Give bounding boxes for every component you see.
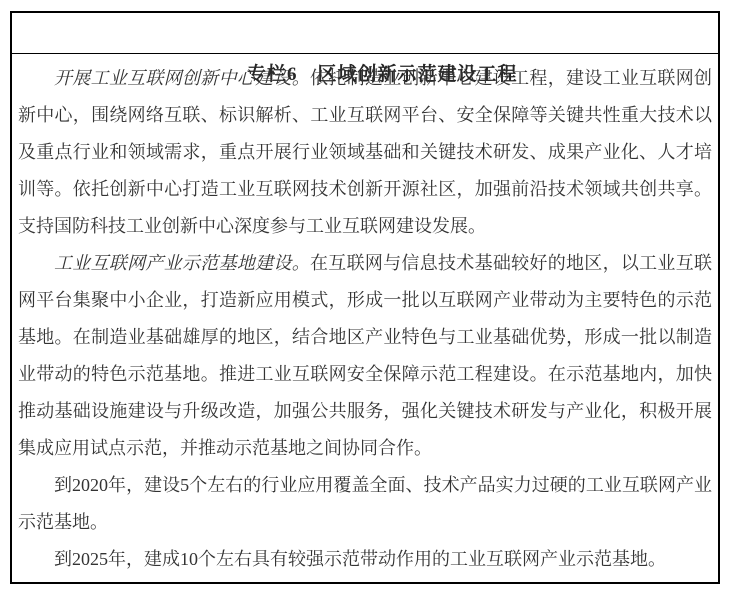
- document-page: 专栏6 区域创新示范建设工程 开展工业互联网创新中心建设。依托制造业创新中心建设…: [0, 0, 730, 598]
- paragraph-innovation-center: 开展工业互联网创新中心建设。依托制造业创新中心建设工程，建设工业互联网创新中心，…: [18, 60, 712, 245]
- box-body: 开展工业互联网创新中心建设。依托制造业创新中心建设工程，建设工业互联网创新中心，…: [12, 54, 718, 578]
- feature-box: 专栏6 区域创新示范建设工程 开展工业互联网创新中心建设。依托制造业创新中心建设…: [10, 11, 720, 584]
- paragraph-goal-2025: 到2025年，建成10个左右具有较强示范带动作用的工业互联网产业示范基地。: [18, 541, 712, 578]
- paragraph-text: 到2020年，建设5个左右的行业应用覆盖全面、技术产品实力过硬的工业互联网产业示…: [18, 475, 712, 532]
- paragraph-goal-2020: 到2020年，建设5个左右的行业应用覆盖全面、技术产品实力过硬的工业互联网产业示…: [18, 467, 712, 541]
- paragraph-text: 在互联网与信息技术基础较好的地区，以工业互联网平台集聚中小企业，打造新应用模式，…: [18, 253, 712, 458]
- paragraph-text: 到2025年，建成10个左右具有较强示范带动作用的工业互联网产业示范基地。: [54, 549, 666, 569]
- paragraph-lead: 工业互联网产业示范基地建设。: [54, 253, 310, 273]
- box-title: 专栏6 区域创新示范建设工程: [12, 13, 718, 54]
- paragraph-text: 依托制造业创新中心建设工程，建设工业互联网创新中心，围绕网络互联、标识解析、工业…: [18, 68, 712, 236]
- paragraph-demo-base: 工业互联网产业示范基地建设。在互联网与信息技术基础较好的地区，以工业互联网平台集…: [18, 245, 712, 467]
- paragraph-lead: 开展工业互联网创新中心建设。: [54, 68, 310, 88]
